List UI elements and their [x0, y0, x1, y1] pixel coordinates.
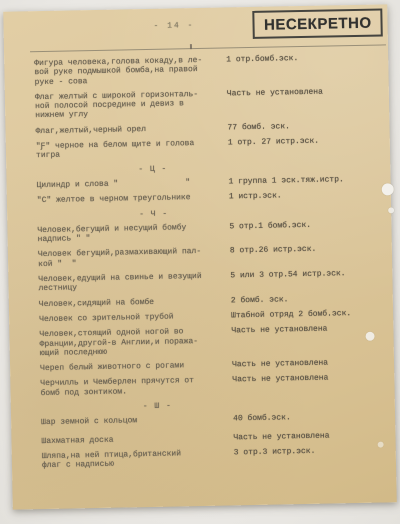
badge-entry-row: Шахматная доскаЧасть не установлена	[41, 430, 389, 446]
badge-description: Фигура человека,голова кокаду,в ле-вой р…	[34, 55, 227, 87]
badge-description: "С" желтое в черном треугольнике	[37, 193, 229, 206]
section-letter-header: - Ц -	[138, 160, 384, 174]
document-page: - 14 - НЕСЕКРЕТНО Фигура человека,голова…	[3, 4, 396, 509]
badge-entry-row: Черчилль и Чемберлен прячутся отбомб под…	[40, 373, 388, 398]
badge-entry-row: Человек,едущий на свинье и везущийлестни…	[38, 268, 386, 293]
entries-list: Фигура человека,голова кокаду,в ле-вой р…	[34, 52, 390, 476]
unit-assignment: 5 или 3 отр.54 истр.эск.	[230, 268, 386, 280]
description-line: флаг с надписью	[42, 458, 234, 471]
description-line: Череп белый животного с рогами	[40, 361, 232, 374]
unit-assignment: 5 отр.1 бомб.эск.	[229, 219, 385, 231]
section-letter-header: - Ш -	[143, 397, 389, 411]
photo-background: - 14 - НЕСЕКРЕТНО Фигура человека,голова…	[0, 0, 400, 524]
unit-assignment: 1 группа 1 эск.тяж.истр.	[228, 174, 384, 186]
badge-entry-row: Шляпа,на ней птица,британскийфлаг с надп…	[42, 445, 390, 470]
unit-assignment: Часть не установлена	[232, 358, 388, 370]
badge-description: Флаг,желтый,черный орел	[35, 123, 227, 136]
badge-entry-row: Человек бегущий,размахивающий пал-кой " …	[38, 244, 386, 269]
description-line: "С" желтое в черном треугольнике	[37, 193, 229, 206]
unclassified-stamp: НЕСЕКРЕТНО	[253, 8, 383, 38]
badge-entry-row: "Ƒ" черное на белом щите и головатигра1 …	[36, 136, 384, 161]
description-line: Шар земной с кольцом	[41, 415, 233, 428]
description-line: Человек со зрительной трубой	[39, 311, 231, 324]
badge-description: Человек со зрительной трубой	[39, 311, 231, 324]
badge-description: Череп белый животного с рогами	[40, 361, 232, 374]
badge-entry-row: Флаг,желтый,черный орел77 бомб. эск.	[35, 120, 383, 136]
unit-assignment: 3 отр.3 истр.эск.	[234, 445, 390, 457]
header-rule	[30, 44, 386, 52]
badge-entry-row: Череп белый животного с рогамиЧасть не у…	[40, 358, 388, 374]
badge-entry-row: Человек со зрительной трубойШтабной отря…	[39, 308, 387, 324]
paper-hole-spot	[382, 183, 394, 195]
paper-hole-spot	[365, 332, 374, 341]
badge-entry-row: Цилиндр и слова " "1 группа 1 эск.тяж.ис…	[37, 174, 385, 190]
badge-description: Человек,стоящий одной ногой воФранции,др…	[39, 327, 232, 359]
badge-description: Человек,едущий на свинье и везущийлестни…	[38, 271, 230, 293]
unit-assignment: 1 отр.бомб.эск.	[226, 52, 382, 64]
unit-assignment: Часть не установлена	[227, 86, 383, 98]
description-line: Шахматная доска	[41, 433, 233, 446]
badge-description: Человек,бегущий и несущий бомбунадпись "…	[37, 222, 229, 244]
unit-assignment: 1 отр. 27 истр.эск.	[228, 136, 384, 148]
unit-assignment: 2 бомб. эск.	[231, 293, 387, 305]
badge-entry-row: Шар земной с кольцом40 бомб.эск.	[41, 412, 389, 428]
header-rule-tick	[190, 44, 192, 49]
badge-description: Человек,сидящий на бомбе	[39, 296, 231, 309]
description-line: Флаг,желтый,черный орел	[35, 123, 227, 136]
unit-assignment: Штабной отряд 2 бомб.эск.	[231, 308, 387, 320]
paper-hole-spot	[388, 207, 394, 213]
badge-entry-row: Флаг желтый с широкой горизонталь-ной по…	[35, 86, 383, 121]
badge-entry-row: Человек,сидящий на бомбе2 бомб. эск.	[39, 293, 387, 309]
description-line: Цилиндр и слова " "	[37, 177, 229, 190]
paper-hole-spot	[378, 442, 384, 448]
unit-assignment: Часть не установлена	[233, 430, 389, 442]
badge-description: Шляпа,на ней птица,британскийфлаг с надп…	[42, 448, 234, 470]
badge-description: Цилиндр и слова " "	[37, 177, 229, 190]
badge-description: Человек бегущий,размахивающий пал-кой " …	[38, 247, 230, 269]
unit-assignment: 77 бомб. эск.	[227, 120, 383, 132]
page-number: - 14 -	[153, 21, 194, 31]
badge-description: "Ƒ" черное на белом щите и головатигра	[36, 139, 228, 161]
badge-entry-row: Фигура человека,голова кокаду,в ле-вой р…	[34, 52, 382, 87]
badge-description: Шахматная доска	[41, 433, 233, 446]
badge-description: Флаг желтый с широкой горизонталь-ной по…	[35, 89, 228, 121]
description-line: Человек,сидящий на бомбе	[39, 296, 231, 309]
unit-assignment: 8 отр.26 истр.эск.	[230, 244, 386, 256]
section-letter-header: - Ч -	[139, 205, 385, 219]
badge-entry-row: Человек,бегущий и несущий бомбунадпись "…	[37, 219, 385, 244]
badge-description: Черчилль и Чемберлен прячутся отбомб под…	[40, 376, 232, 398]
badge-entry-row: Человек,стоящий одной ногой воФранции,др…	[39, 324, 387, 359]
badge-entry-row: "С" желтое в черном треугольнике1 истр.э…	[37, 190, 385, 206]
unit-assignment: 40 бомб.эск.	[233, 412, 389, 424]
unit-assignment: Часть не установлена	[231, 324, 387, 336]
unit-assignment: 1 истр.эск.	[229, 190, 385, 202]
unit-assignment: Часть не установлена	[232, 373, 388, 385]
badge-description: Шар земной с кольцом	[41, 415, 233, 428]
